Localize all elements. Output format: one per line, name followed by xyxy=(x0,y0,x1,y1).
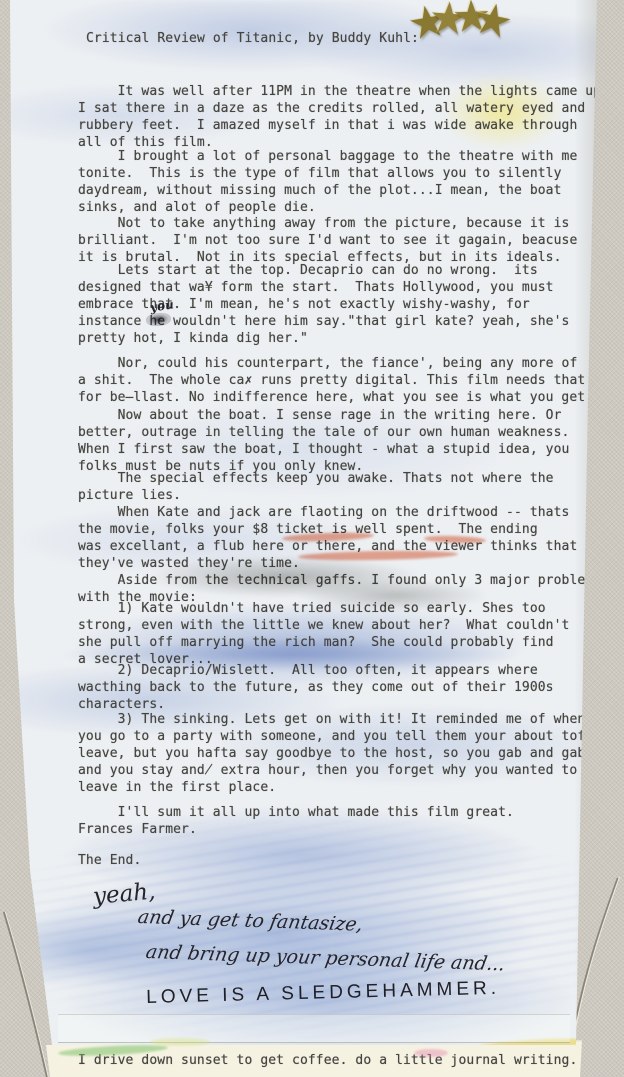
typed-line: When I first saw the boat, I thought - w… xyxy=(78,442,569,459)
typed-block: It was well after 11PM in the theatre wh… xyxy=(78,84,601,152)
typed-line: designed that wa¥ form the start. Thats … xyxy=(78,280,569,297)
typed-block: The End. xyxy=(78,853,141,870)
typed-line: The End. xyxy=(78,853,141,870)
typed-line: you go to a party with someone, and you … xyxy=(78,729,593,746)
typed-line: Not to take anything away from the pictu… xyxy=(78,216,577,233)
gray-smudge xyxy=(120,552,485,614)
typed-line: The special effects keep you awake. That… xyxy=(78,471,554,488)
handwritten-note-line1: yeah, xyxy=(92,879,156,910)
typed-line: Frances Farmer. xyxy=(78,822,514,839)
typed-block: I brought a lot of personal baggage to t… xyxy=(78,149,577,217)
typed-line: picture lies. xyxy=(78,488,554,505)
star-rating: ★★★★ xyxy=(408,0,512,48)
typed-line: I'll sum it all up into what made this f… xyxy=(78,805,514,822)
typed-block: Nor, could his counterpart, the fiance',… xyxy=(78,356,593,407)
typed-line: It was well after 11PM in the theatre wh… xyxy=(78,84,601,101)
typed-line: Critical Review of Titanic, by Buddy Kuh… xyxy=(86,31,419,48)
typed-line: Now about the boat. I sense rage in the … xyxy=(78,408,569,425)
pink-crayon-mark xyxy=(414,1049,448,1057)
typed-block: Not to take anything away from the pictu… xyxy=(78,216,577,267)
typed-block: Now about the boat. I sense rage in the … xyxy=(78,408,569,476)
typed-line: tonite. This is the type of film that al… xyxy=(78,166,577,183)
typed-line: daydream, without missing much of the pl… xyxy=(78,183,577,200)
typed-line: rubbery feet. I amazed myself in that i … xyxy=(78,118,601,135)
typed-line: strong, even with the little we knew abo… xyxy=(78,618,569,635)
typed-block: The special effects keep you awake. That… xyxy=(78,471,554,505)
typed-line: I sat there in a daze as the credits rol… xyxy=(78,101,601,118)
typed-line: a shit. The whole ca✗ runs pretty digita… xyxy=(78,373,593,390)
heavy-blue-crayon-band xyxy=(50,638,580,672)
typed-line: leave, but you hafta say goodbye to the … xyxy=(78,746,593,763)
typed-line: brilliant. I'm not too sure I'd want to … xyxy=(78,233,577,250)
typed-block: Critical Review of Titanic, by Buddy Kuh… xyxy=(86,31,419,48)
typed-block: I'll sum it all up into what made this f… xyxy=(78,805,514,839)
typed-line: I brought a lot of personal baggage to t… xyxy=(78,149,577,166)
typed-line: sinks, and alot of people die. xyxy=(78,200,577,217)
typed-block: 3) The sinking. Lets get on with it! It … xyxy=(78,712,593,797)
typed-line: 3) The sinking. Lets get on with it! It … xyxy=(78,712,593,729)
typed-line: and you stay and̸ extra hour, then you f… xyxy=(78,763,593,780)
typed-line: Lets start at the top. Decaprio can do n… xyxy=(78,263,569,280)
typed-line: leave in the first place. xyxy=(78,780,593,797)
typed-line: for be̶llast. No indifference here, what… xyxy=(78,390,593,407)
typed-line: better, outrage in telling the tale of o… xyxy=(78,425,569,442)
tape-strip xyxy=(58,1014,570,1043)
yellow-crayon-mark-small xyxy=(150,1038,210,1046)
journal-typed-line: I drive down sunset to get coffee. do a … xyxy=(78,1053,577,1068)
typed-line: wacthing back to the future, as they com… xyxy=(78,680,554,697)
typed-line: When Kate and jack are flaoting on the d… xyxy=(78,505,577,522)
review-document-sheet: Critical Review of Titanic, by Buddy Kuh… xyxy=(0,0,624,1046)
gold-star-icon: ★ xyxy=(469,0,518,49)
typed-line: Nor, could his counterpart, the fiance',… xyxy=(78,356,593,373)
typed-line: pretty hot, I kinda dig her." xyxy=(78,331,569,348)
